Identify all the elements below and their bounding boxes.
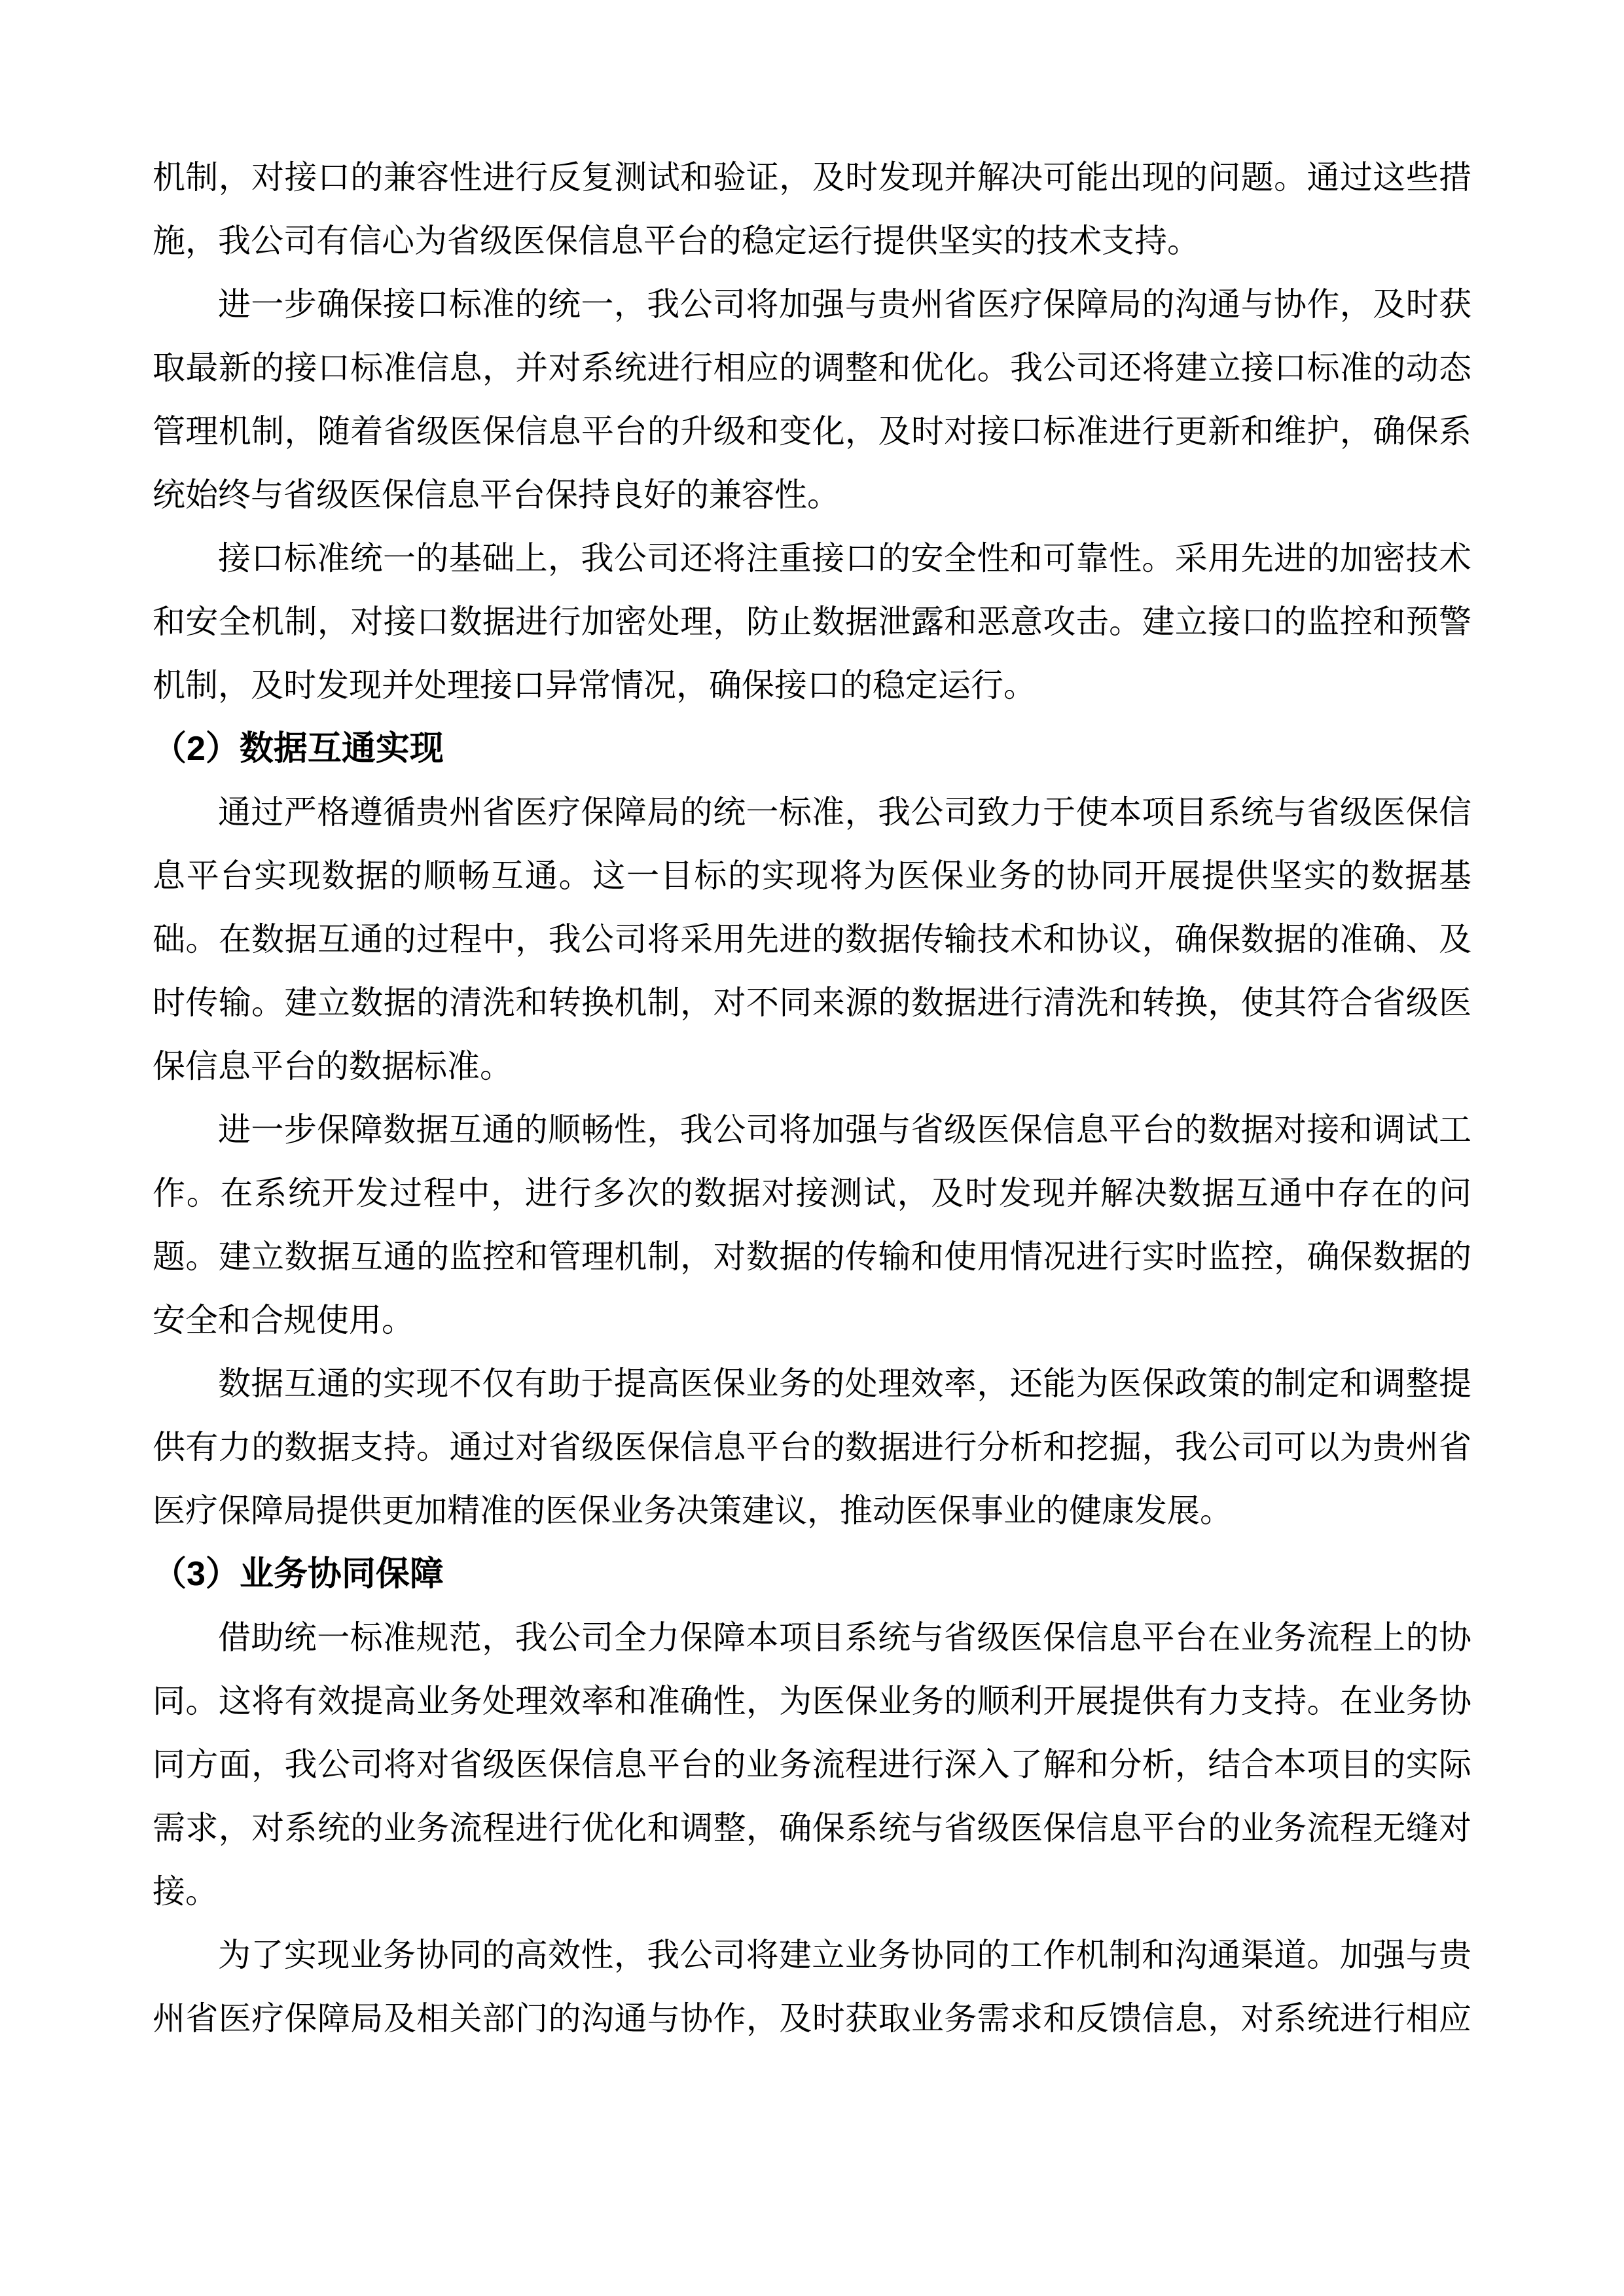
text-line: 题。建立数据互通的监控和管理机制，对数据的传输和使用情况进行实时监控，确保数据的: [153, 1225, 1471, 1289]
text-line: 和安全机制，对接口数据进行加密处理，防止数据泄露和恶意攻击。建立接口的监控和预警: [153, 590, 1471, 654]
text-line: 进一步保障数据互通的顺畅性，我公司将加强与省级医保信息平台的数据对接和调试工: [153, 1098, 1471, 1162]
text-line: 础。在数据互通的过程中，我公司将采用先进的数据传输技术和协议，确保数据的准确、及: [153, 908, 1471, 971]
text-line: 施，我公司有信心为省级医保信息平台的稳定运行提供坚实的技术支持。: [153, 209, 1471, 273]
text-line: 为了实现业务协同的高效性，我公司将建立业务协同的工作机制和沟通渠道。加强与贵: [153, 1924, 1471, 1987]
text-line: 供有力的数据支持。通过对省级医保信息平台的数据进行分析和挖掘，我公司可以为贵州省: [153, 1416, 1471, 1479]
text-line: 机制，对接口的兼容性进行反复测试和验证，及时发现并解决可能出现的问题。通过这些措: [153, 146, 1471, 209]
text-line: 数据互通的实现不仅有助于提高医保业务的处理效率，还能为医保政策的制定和调整提: [153, 1352, 1471, 1416]
section-heading: （3）业务协同保障: [153, 1543, 1471, 1606]
text-line: 作。在系统开发过程中，进行多次的数据对接测试，及时发现并解决数据互通中存在的问: [153, 1162, 1471, 1225]
text-line: 管理机制，随着省级医保信息平台的升级和变化，及时对接口标准进行更新和维护，确保系: [153, 400, 1471, 463]
text-block: 机制，对接口的兼容性进行反复测试和验证，及时发现并解决可能出现的问题。通过这些措…: [153, 146, 1471, 2051]
text-line: 取最新的接口标准信息，并对系统进行相应的调整和优化。我公司还将建立接口标准的动态: [153, 336, 1471, 400]
text-line: 同方面，我公司将对省级医保信息平台的业务流程进行深入了解和分析，结合本项目的实际: [153, 1733, 1471, 1797]
section-heading: （2）数据互通实现: [153, 717, 1471, 781]
text-line: 安全和合规使用。: [153, 1289, 1471, 1352]
text-line: 接。: [153, 1860, 1471, 1924]
text-line: 借助统一标准规范，我公司全力保障本项目系统与省级医保信息平台在业务流程上的协: [153, 1606, 1471, 1670]
text-line: 医疗保障局提供更加精准的医保业务决策建议，推动医保事业的健康发展。: [153, 1479, 1471, 1543]
text-line: 统始终与省级医保信息平台保持良好的兼容性。: [153, 463, 1471, 527]
text-line: 通过严格遵循贵州省医疗保障局的统一标准，我公司致力于使本项目系统与省级医保信: [153, 781, 1471, 844]
text-line: 接口标准统一的基础上，我公司还将注重接口的安全性和可靠性。采用先进的加密技术: [153, 527, 1471, 590]
text-line: 保信息平台的数据标准。: [153, 1035, 1471, 1098]
text-line: 机制，及时发现并处理接口异常情况，确保接口的稳定运行。: [153, 654, 1471, 717]
text-line: 息平台实现数据的顺畅互通。这一目标的实现将为医保业务的协同开展提供坚实的数据基: [153, 844, 1471, 908]
document-page: 机制，对接口的兼容性进行反复测试和验证，及时发现并解决可能出现的问题。通过这些措…: [0, 0, 1624, 2296]
text-line: 州省医疗保障局及相关部门的沟通与协作，及时获取业务需求和反馈信息，对系统进行相应: [153, 1987, 1471, 2051]
text-line: 需求，对系统的业务流程进行优化和调整，确保系统与省级医保信息平台的业务流程无缝对: [153, 1797, 1471, 1860]
text-line: 时传输。建立数据的清洗和转换机制，对不同来源的数据进行清洗和转换，使其符合省级医: [153, 971, 1471, 1035]
text-line: 同。这将有效提高业务处理效率和准确性，为医保业务的顺利开展提供有力支持。在业务协: [153, 1670, 1471, 1733]
text-line: 进一步确保接口标准的统一，我公司将加强与贵州省医疗保障局的沟通与协作，及时获: [153, 273, 1471, 336]
